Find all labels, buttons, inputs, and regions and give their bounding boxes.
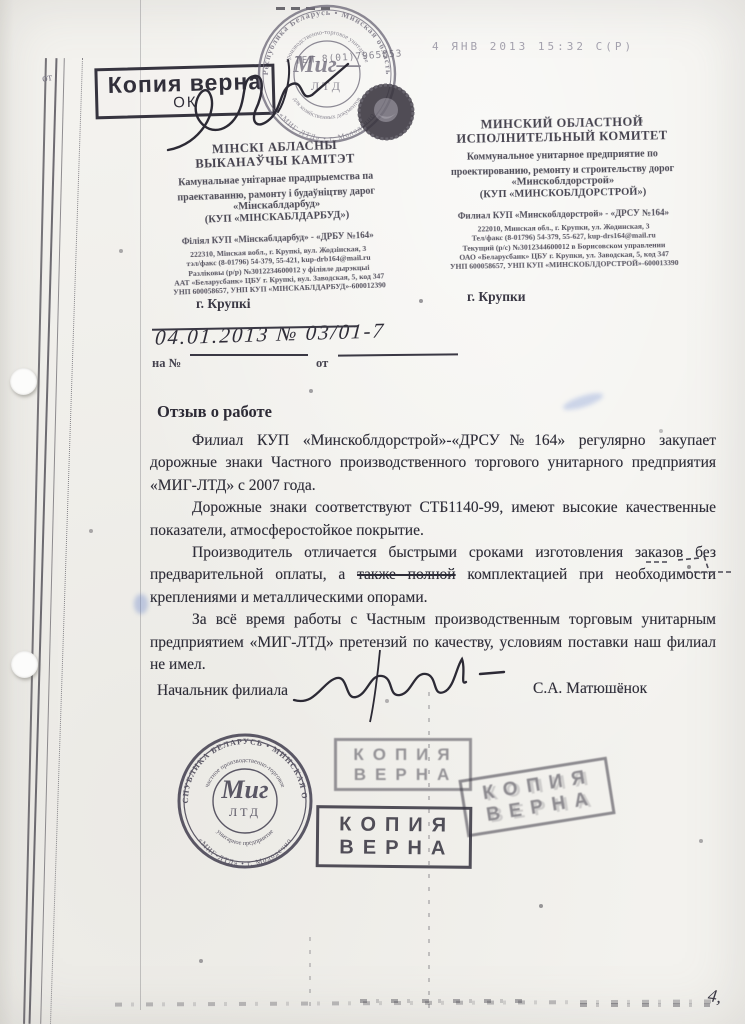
blue-pen-smudge bbox=[561, 390, 604, 413]
struck-text: также полной bbox=[357, 566, 456, 583]
scan-noise-line bbox=[360, 999, 530, 1003]
handwritten-date-number: 04.01.2013 № 03/01-7 bbox=[154, 318, 386, 350]
punch-hole bbox=[11, 651, 38, 678]
city-left: г. Крупкі bbox=[196, 296, 251, 312]
svg-text:унитарное предприятие: унитарное предприятие bbox=[215, 828, 275, 847]
handwritten-dash-marks bbox=[642, 550, 742, 582]
ot-underline bbox=[338, 353, 458, 356]
reference-ot-label: от bbox=[316, 356, 328, 371]
seal-ring-text: унитарное предприятие bbox=[215, 828, 275, 847]
letterhead-right: МИНСКИЙ ОБЛАСТНОЙ ИСПОЛНИТЕЛЬНЫЙ КОМИТЕТ… bbox=[427, 114, 700, 272]
paragraph: Дорожные знаки соответствуют СТБ1140-99,… bbox=[150, 497, 716, 542]
paragraph: Филиал КУП «Минскоблдорстрой»-«ДРСУ№164»… bbox=[150, 430, 716, 497]
company-round-seal-bottom: РЕСПУБЛИКА БЕЛАРУСЬ • МИНСКАЯ ОБЛ. «МИГ-… bbox=[166, 722, 324, 880]
punch-hole bbox=[10, 368, 37, 395]
scanned-document-page: 4 ЯНВ 2013 15:32 С(Р) от Копия верна ОК … bbox=[0, 0, 745, 1024]
stamp-text: КОПИЯ bbox=[327, 813, 467, 837]
na-no-underline bbox=[190, 354, 308, 356]
scan-noise-specks bbox=[0, 0, 2, 2]
stamp-text: ВЕРНА bbox=[327, 836, 467, 860]
copy-verified-stamp-dark: КОПИЯ ВЕРНА bbox=[316, 805, 473, 869]
letter-body: Филиал КУП «Минскоблдорстрой»-«ДРСУ№164»… bbox=[150, 430, 716, 676]
fax-timestamp: 4 ЯНВ 2013 15:32 С(Р) bbox=[432, 40, 634, 53]
city-right: г. Крупки bbox=[467, 289, 526, 305]
page-number-mark: 4, bbox=[707, 985, 723, 1008]
scan-fold-line bbox=[140, 0, 141, 1010]
handwritten-signature-bottom bbox=[282, 642, 512, 727]
scan-fold-line bbox=[50, 58, 85, 1024]
scan-dotted-line bbox=[309, 928, 311, 1006]
letterhead-left: МІНСКІ АБЛАСНЫ ВЫКАНАЎЧЫ КАМІТЭТ Камунал… bbox=[150, 136, 403, 298]
branch-line: Филиал КУП «Минскоблдорстрой» - «ДРСУ №1… bbox=[428, 207, 698, 222]
org-desc-line: Коммунальное унитарное предприятие по bbox=[427, 148, 697, 164]
blue-pen-smudge bbox=[134, 594, 148, 614]
copy-verified-stamp-faded: КОПИЯ ВЕРНА bbox=[334, 738, 472, 791]
seal-center-sub: ЛТД bbox=[229, 805, 261, 819]
reference-na-no-label: на № bbox=[152, 356, 181, 371]
paragraph: Производитель отличается быстрыми срокам… bbox=[150, 542, 716, 609]
copy-verified-stamp-tilted: КОПИЯ ВЕРНА bbox=[458, 757, 615, 837]
stamp-text: КОПИЯ bbox=[345, 745, 467, 765]
document-title: Отзыв о работе bbox=[157, 402, 272, 422]
seal-center-logo: Миг bbox=[220, 775, 268, 804]
scan-noise-line bbox=[580, 1003, 710, 1007]
corner-note: от bbox=[41, 71, 53, 85]
stamp-text: ВЕРНА bbox=[345, 765, 467, 785]
signoff-position: Начальник филиала bbox=[157, 682, 288, 700]
signoff-name: С.А. Матюшёнок bbox=[533, 680, 647, 698]
